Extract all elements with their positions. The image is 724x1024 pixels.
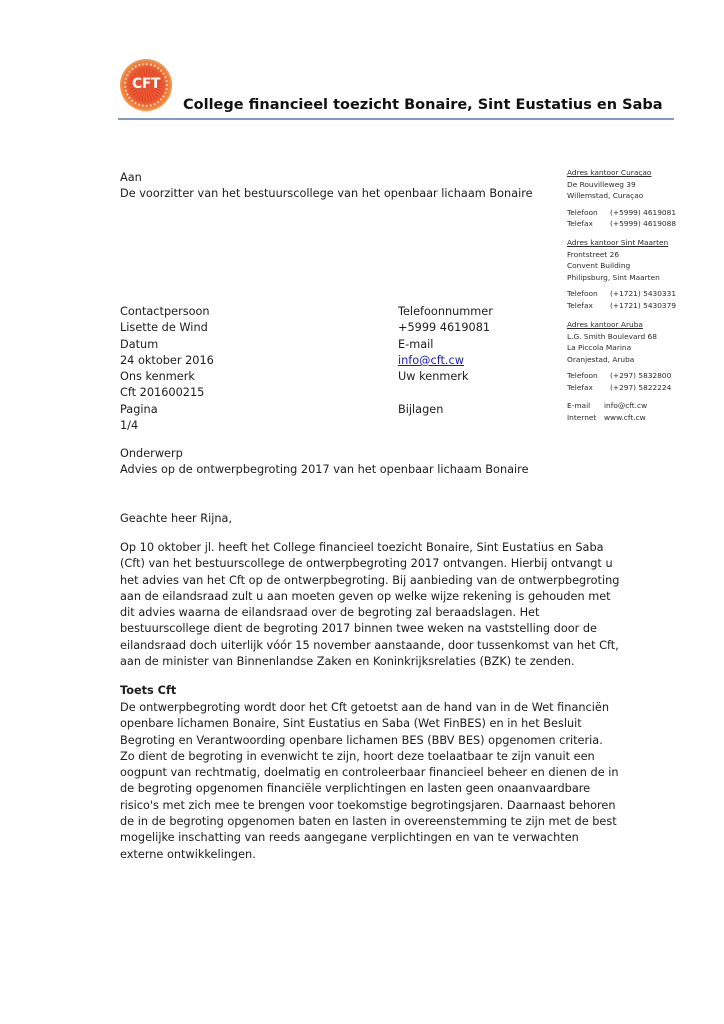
office-address-line: Philipsburg, Sint Maarten (567, 272, 676, 284)
paragraph-line: risico's met zich mee te brengen voor to… (120, 798, 619, 814)
office-aruba: Adres kantoor Aruba L.G. Smith Boulevard… (567, 319, 671, 393)
phone-number: (+1721) 5430331 (610, 288, 676, 300)
meta-value: +5999 4619081 (398, 320, 493, 336)
meta-value: Cft 201600215 (120, 385, 214, 401)
paragraph-line: de in de begroting opgenomen baten en la… (120, 814, 619, 830)
header-divider (118, 118, 674, 120)
office-address-line: Willemstad, Curaçao (567, 190, 676, 202)
paragraph-line: externe ontwikkelingen. (120, 847, 619, 863)
subject-block: Onderwerp Advies op de ontwerpbegroting … (120, 446, 529, 479)
email-value[interactable]: info@cft.cw (604, 400, 647, 412)
meta-label: E-mail (398, 337, 493, 353)
paragraph-line: eilandsraad doch uiterlijk vóór 15 novem… (120, 638, 619, 654)
meta-label: Uw kenmerk (398, 369, 493, 385)
meta-label: Contactpersoon (120, 304, 214, 320)
organization-title: College financieel toezicht Bonaire, Sin… (183, 97, 663, 113)
meta-label: Datum (120, 337, 214, 353)
email-link[interactable]: info@cft.cw (398, 354, 464, 367)
office-curacao: Adres kantoor Curaçao De Rouvilleweg 39 … (567, 167, 676, 230)
paragraph-intro: Op 10 oktober jl. heeft het College fina… (120, 540, 619, 670)
paragraph-line: het advies van het Cft op de ontwerpbegr… (120, 573, 619, 589)
meta-value: 24 oktober 2016 (120, 353, 214, 369)
fax-number: (+297) 5822224 (610, 382, 671, 394)
meta-value: 1/4 (120, 418, 214, 434)
paragraph-line: (Cft) van het bestuurscollege de ontwerp… (120, 556, 619, 572)
meta-label: Telefoonnummer (398, 304, 493, 320)
phone-number: (+5999) 4619081 (610, 207, 676, 219)
fax-label: Telefax (567, 382, 610, 394)
paragraph-line: Op 10 oktober jl. heeft het College fina… (120, 540, 619, 556)
paragraph-line: mogelijke inschatting van reeds aangegan… (120, 830, 619, 846)
office-sint-maarten: Adres kantoor Sint Maarten Frontstreet 2… (567, 237, 676, 311)
internet-label: Internet (567, 412, 604, 424)
email-label: E-mail (567, 400, 604, 412)
phone-label: Telefoon (567, 370, 610, 382)
paragraph-toets: De ontwerpbegroting wordt door het Cft g… (120, 700, 619, 863)
fax-label: Telefax (567, 218, 610, 230)
paragraph-line: bestuurscollege dient de begroting 2017 … (120, 621, 619, 637)
phone-label: Telefoon (567, 288, 610, 300)
addressee-label: Aan (120, 170, 533, 186)
office-address-line: La Piccola Marina (567, 342, 671, 354)
paragraph-line: Begroting en Verantwoording openbare lic… (120, 733, 619, 749)
office-address-line: Oranjestad, Aruba (567, 354, 671, 366)
paragraph-line: de begroting opgenomen financiële verpli… (120, 781, 619, 797)
office-address-line: L.G. Smith Boulevard 68 (567, 331, 671, 343)
subject-label: Onderwerp (120, 446, 529, 462)
section-heading-toets-cft: Toets Cft (120, 684, 176, 697)
office-address-line: Convent Building (567, 260, 676, 272)
office-heading: Adres kantoor Aruba (567, 319, 671, 331)
office-address-line: De Rouvilleweg 39 (567, 179, 676, 191)
paragraph-line: dit advies waarna de eilandsraad over de… (120, 605, 619, 621)
office-contact: E-mailinfo@cft.cw Internetwww.cft.cw (567, 400, 647, 423)
fax-number: (+1721) 5430379 (610, 300, 676, 312)
fax-label: Telefax (567, 300, 610, 312)
meta-label: Pagina (120, 402, 214, 418)
subject-text: Advies op de ontwerpbegroting 2017 van h… (120, 462, 529, 478)
paragraph-line: openbare lichamen Bonaire, Sint Eustatiu… (120, 716, 619, 732)
paragraph-line: oogpunt van rechtmatig, doelmatig en con… (120, 765, 619, 781)
addressee-recipient: De voorzitter van het bestuurscollege va… (120, 186, 533, 202)
phone-label: Telefoon (567, 207, 610, 219)
office-heading: Adres kantoor Curaçao (567, 167, 676, 179)
addressee-block: Aan De voorzitter van het bestuurscolleg… (120, 170, 533, 203)
website-value[interactable]: www.cft.cw (604, 412, 646, 424)
logo-text: CFT (120, 76, 172, 92)
meta-value (398, 385, 493, 401)
fax-number: (+5999) 4619088 (610, 218, 676, 230)
office-heading: Adres kantoor Sint Maarten (567, 237, 676, 249)
phone-number: (+297) 5832800 (610, 370, 671, 382)
cft-logo: CFT (120, 59, 172, 111)
meta-value: Lisette de Wind (120, 320, 214, 336)
meta-label: Ons kenmerk (120, 369, 214, 385)
meta-label: Bijlagen (398, 402, 493, 418)
office-address-line: Frontstreet 26 (567, 249, 676, 261)
meta-value (398, 418, 493, 434)
paragraph-line: aan de minister van Binnenlandse Zaken e… (120, 654, 619, 670)
paragraph-line: Zo dient de begroting in evenwicht te zi… (120, 749, 619, 765)
meta-left-column: Contactpersoon Lisette de Wind Datum 24 … (120, 304, 214, 434)
salutation: Geachte heer Rijna, (120, 511, 232, 527)
paragraph-line: aan de eilandsraad zult u aan moeten gev… (120, 589, 619, 605)
paragraph-line: De ontwerpbegroting wordt door het Cft g… (120, 700, 619, 716)
meta-right-column: Telefoonnummer +5999 4619081 E-mail info… (398, 304, 493, 434)
